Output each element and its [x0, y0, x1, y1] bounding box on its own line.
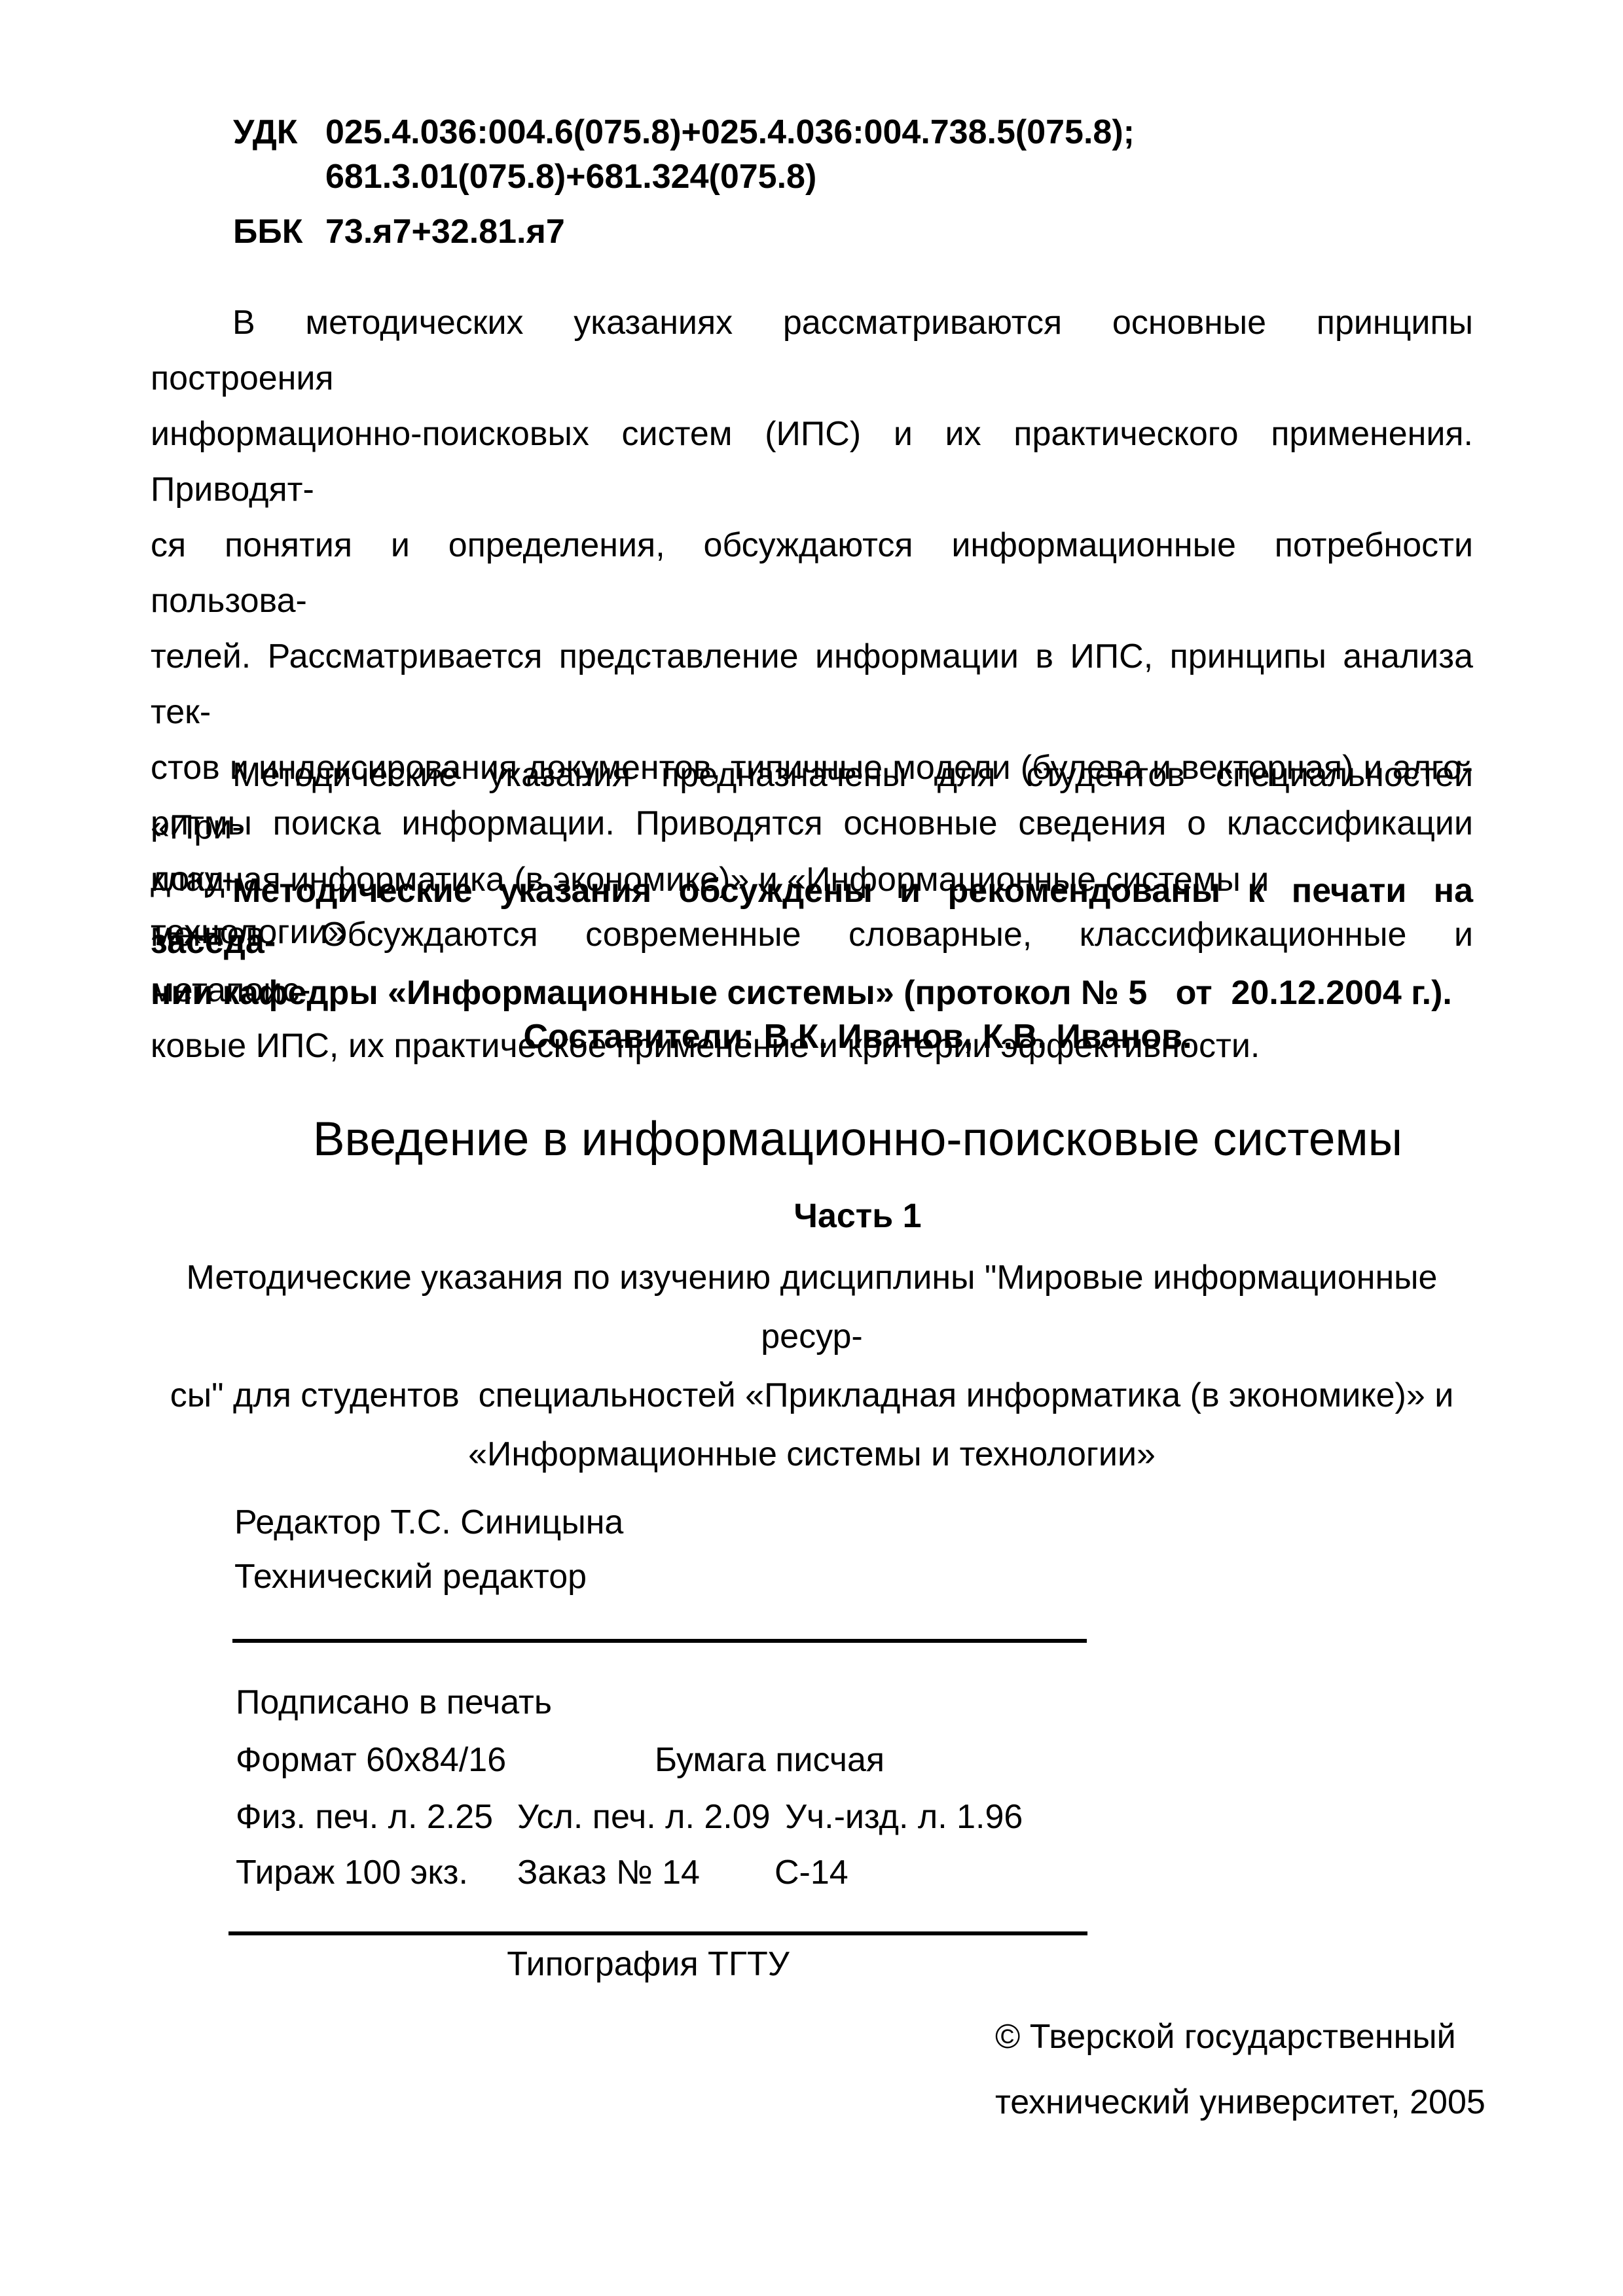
subtitle-line: Методические указания по изучению дисцип… — [151, 1248, 1473, 1366]
code-label: С-14 — [775, 1852, 848, 1893]
cond-sheets-label: Усл. печ. л. 2.09 — [517, 1797, 771, 1837]
bbk-label: ББК — [233, 209, 325, 254]
bbk-value: 73.я7+32.81.я7 — [325, 209, 565, 254]
tech-editor-line: Технический редактор — [234, 1556, 587, 1597]
udk-label: УДК — [233, 110, 325, 199]
horizontal-rule-top — [232, 1639, 1087, 1643]
abstract-line: информационно-поисковых систем (ИПС) и и… — [151, 406, 1473, 518]
copyright-line-1: © Тверской государственный — [995, 2004, 1486, 2070]
acc-sheets-label: Уч.-изд. л. 1.96 — [785, 1797, 1023, 1837]
subtitle-line: сы" для студентов специальностей «Прикла… — [151, 1366, 1473, 1425]
document-page: УДК 025.4.036:004.6(075.8)+025.4.036:004… — [0, 0, 1623, 2296]
printing-house-line: Типография ТГТУ — [232, 1944, 1064, 1984]
sheets-row: Физ. печ. л. 2.25 Усл. печ. л. 2.09 Уч.-… — [236, 1797, 1480, 1837]
horizontal-rule-bottom — [228, 1931, 1087, 1935]
copyright-block: © Тверской государственный технический у… — [995, 2004, 1486, 2135]
subtitle-paragraph: Методические указания по изучению дисцип… — [151, 1248, 1473, 1484]
signed-label: Подписано в печать — [236, 1682, 552, 1723]
format-row: Формат 60х84/16 Бумага писчая — [236, 1740, 1480, 1780]
abstract-line: ся понятия и определения, обсуждаются ин… — [151, 518, 1473, 629]
bbk-row: ББК 73.я7+32.81.я7 — [233, 209, 1135, 254]
copies-row: Тираж 100 экз. Заказ № 14 С-14 — [236, 1852, 1480, 1893]
approval-line: Методические указания обсуждены и рекоме… — [151, 865, 1473, 967]
compilers-line: Составители: В.К. Иванов, К.В. Иванов. — [196, 1016, 1519, 1057]
paper-label: Бумага писчая — [655, 1740, 884, 1780]
editor-line: Редактор Т.С. Синицына — [234, 1502, 623, 1543]
format-label: Формат 60х84/16 — [236, 1740, 506, 1780]
approval-line: нии кафедры «Информационные системы» (пр… — [151, 967, 1473, 1018]
phys-sheets-label: Физ. печ. л. 2.25 — [236, 1797, 493, 1837]
audience-line: Методические указания предназначены для … — [151, 749, 1473, 853]
subtitle-line: «Информационные системы и технологии» — [151, 1425, 1473, 1484]
page-title: Введение в информационно-поисковые систе… — [196, 1111, 1519, 1168]
copies-label: Тираж 100 экз. — [236, 1852, 468, 1893]
abstract-line: В методических указаниях рассматриваются… — [151, 295, 1473, 406]
udk-row: УДК 025.4.036:004.6(075.8)+025.4.036:004… — [233, 110, 1135, 199]
abstract-line: телей. Рассматривается представление инф… — [151, 629, 1473, 740]
approval-paragraph: Методические указания обсуждены и рекоме… — [151, 865, 1473, 1018]
udk-value-line-2: 681.3.01(075.8)+681.324(075.8) — [325, 154, 1135, 199]
udk-value-line-1: 025.4.036:004.6(075.8)+025.4.036:004.738… — [325, 110, 1135, 154]
copyright-line-2: технический университет, 2005 — [995, 2070, 1486, 2135]
part-label: Часть 1 — [196, 1196, 1519, 1236]
udk-bbk-block: УДК 025.4.036:004.6(075.8)+025.4.036:004… — [233, 110, 1135, 254]
order-label: Заказ № 14 — [517, 1852, 700, 1893]
udk-value: 025.4.036:004.6(075.8)+025.4.036:004.738… — [325, 110, 1135, 199]
signed-row: Подписано в печать — [236, 1682, 1480, 1723]
